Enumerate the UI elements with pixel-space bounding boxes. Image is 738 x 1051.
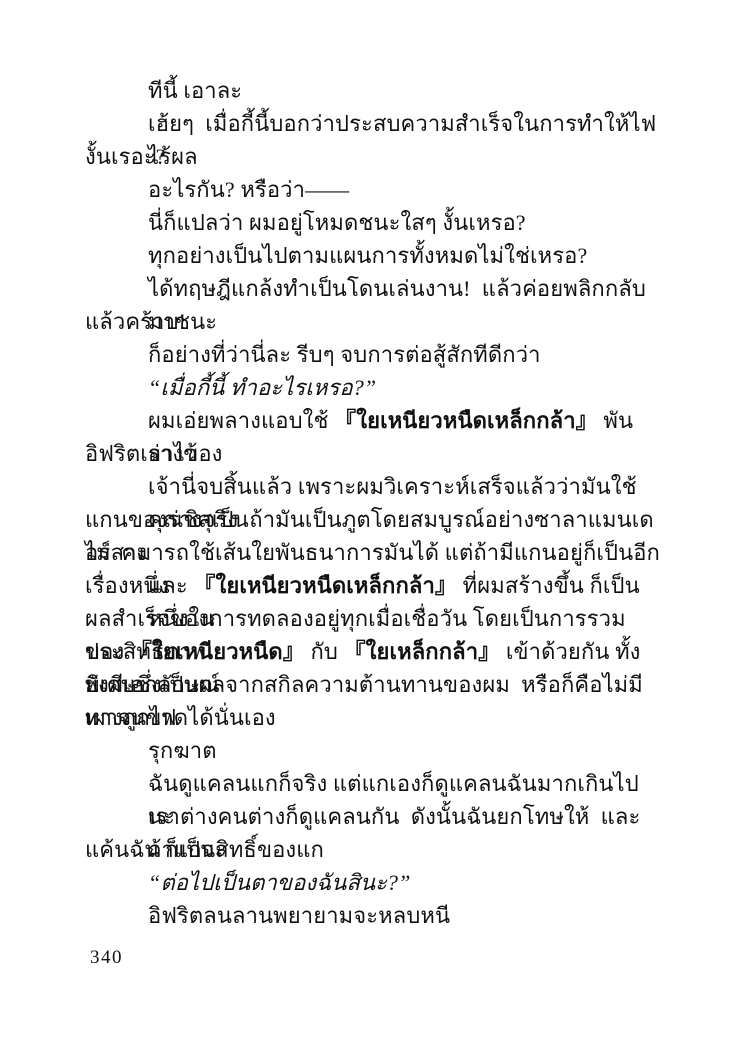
text-segment: “เมื่อกี้นี้ ทำอะไรเหรอ?” — [148, 375, 376, 400]
text-line: ฉันดูแคลนแกก็จริง แต่แกเองก็ดูแคลนฉันมาก… — [85, 767, 660, 800]
text-line: อะไรกัน? หรือว่า—— — [85, 173, 660, 206]
skill-name: 『ใยเหนียวหนืดเหล็กกล้า』 — [193, 573, 457, 598]
text-line: และ 『ใยเหนียวหนืดเหล็กกล้า』 ที่ผมสร้างขึ… — [85, 569, 660, 602]
text-line: พิเศษซึ่งเป็นผลจากสกิลความต้านทานของผม ห… — [85, 668, 660, 701]
text-segment: แค้นฉัน ก็เป็นสิทธิ์ของแก — [85, 837, 324, 862]
text-segment: งั้นเรอะ? — [85, 144, 166, 169]
text-line: แค้นฉัน ก็เป็นสิทธิ์ของแก — [85, 833, 660, 866]
text-segment: ก็อย่างที่ว่านี่ละ รีบๆ จบการต่อสู้สักที… — [148, 342, 541, 367]
text-segment: กับ — [305, 639, 344, 664]
text-segment: ทีนี้ เอาละ — [148, 78, 242, 103]
text-line: ไม่สามารถใช้เส้นใยพันธนาการมันได้ แต่ถ้า… — [85, 536, 660, 569]
book-page: ทีนี้ เอาละเฮ้ยๆ เมื่อกี้นี้บอกว่าประสบค… — [0, 0, 738, 1051]
text-segment: อิฟริตเอาไว้ — [85, 441, 197, 466]
text-line: “เมื่อกี้นี้ ทำอะไรเหรอ?” — [85, 371, 660, 404]
text-line: เราต่างคนต่างก็ดูแคลนกัน ดังนั้นฉันยกโทษ… — [85, 800, 660, 833]
skill-name: 『ใยเหล็กกล้า』 — [344, 639, 501, 664]
text-segment: รุกฆาต — [148, 738, 217, 763]
body-text: ทีนี้ เอาละเฮ้ยๆ เมื่อกี้นี้บอกว่าประสบค… — [85, 74, 660, 932]
text-segment: อิฟริตลนลานพยายามจะหลบหนี — [148, 903, 450, 928]
text-line: นี่ก็แปลว่า ผมอยู่โหมดชนะใสๆ งั้นเหรอ? — [85, 206, 660, 239]
text-line: อิฟริตเอาไว้ — [85, 437, 660, 470]
text-line: แล้วคร้าบ! — [85, 305, 660, 338]
text-line: ก็อย่างที่ว่านี่ละ รีบๆ จบการต่อสู้สักที… — [85, 338, 660, 371]
text-line: เจ้านี่จบสิ้นแล้ว เพราะผมวิเคราะห์เสร็จแ… — [85, 470, 660, 503]
text-segment: เผาจนขาดได้นั่นเอง — [85, 705, 276, 730]
page-number: 340 — [90, 947, 123, 969]
text-line: รุกฆาต — [85, 734, 660, 767]
text-segment: “ต่อไปเป็นตาของฉันสินะ?” — [148, 870, 410, 895]
text-segment: ทุกอย่างเป็นไปตามแผนการทั้งหมดไม่ใช่เหรอ… — [148, 243, 587, 268]
text-segment: ผมเอ่ยพลางแอบใช้ — [148, 408, 334, 433]
text-segment: อะไรกัน? หรือว่า—— — [148, 177, 349, 202]
text-line: “ต่อไปเป็นตาของฉันสินะ?” — [85, 866, 660, 899]
text-line: ทีนี้ เอาละ — [85, 74, 660, 107]
text-line: เฮ้ยๆ เมื่อกี้นี้บอกว่าประสบความสำเร็จใน… — [85, 107, 660, 140]
skill-name: 『ใยเหนียวหนืด』 — [130, 639, 305, 664]
text-line: ผมเอ่ยพลางแอบใช้ 『ใยเหนียวหนืดเหล็กกล้า』… — [85, 404, 660, 437]
text-segment: และ — [148, 573, 193, 598]
text-line: เผาจนขาดได้นั่นเอง — [85, 701, 660, 734]
text-line: ทุกอย่างเป็นไปตามแผนการทั้งหมดไม่ใช่เหรอ… — [85, 239, 660, 272]
text-segment: นี่ก็แปลว่า ผมอยู่โหมดชนะใสๆ งั้นเหรอ? — [148, 210, 526, 235]
text-line: ได้ทฤษฎีแกล้งทำเป็นโดนเล่นงาน! แล้วค่อยพ… — [85, 272, 660, 305]
text-segment: ของ — [85, 639, 130, 664]
text-line: ของ 『ใยเหนียวหนืด』 กับ 『ใยเหล็กกล้า』 เข้… — [85, 635, 660, 668]
skill-name: 『ใยเหนียวหนืดเหล็กกล้า』 — [334, 408, 598, 433]
text-line: ผลสำเร็จของการทดลองอยู่ทุกเมื่อเชื่อวัน … — [85, 602, 660, 635]
text-segment: แล้วคร้าบ! — [85, 309, 186, 334]
text-line: แกนของร่างจริง ถ้ามันเป็นภูตโดยสมบูรณ์อย… — [85, 503, 660, 536]
text-line: อิฟริตลนลานพยายามจะหลบหนี — [85, 899, 660, 932]
